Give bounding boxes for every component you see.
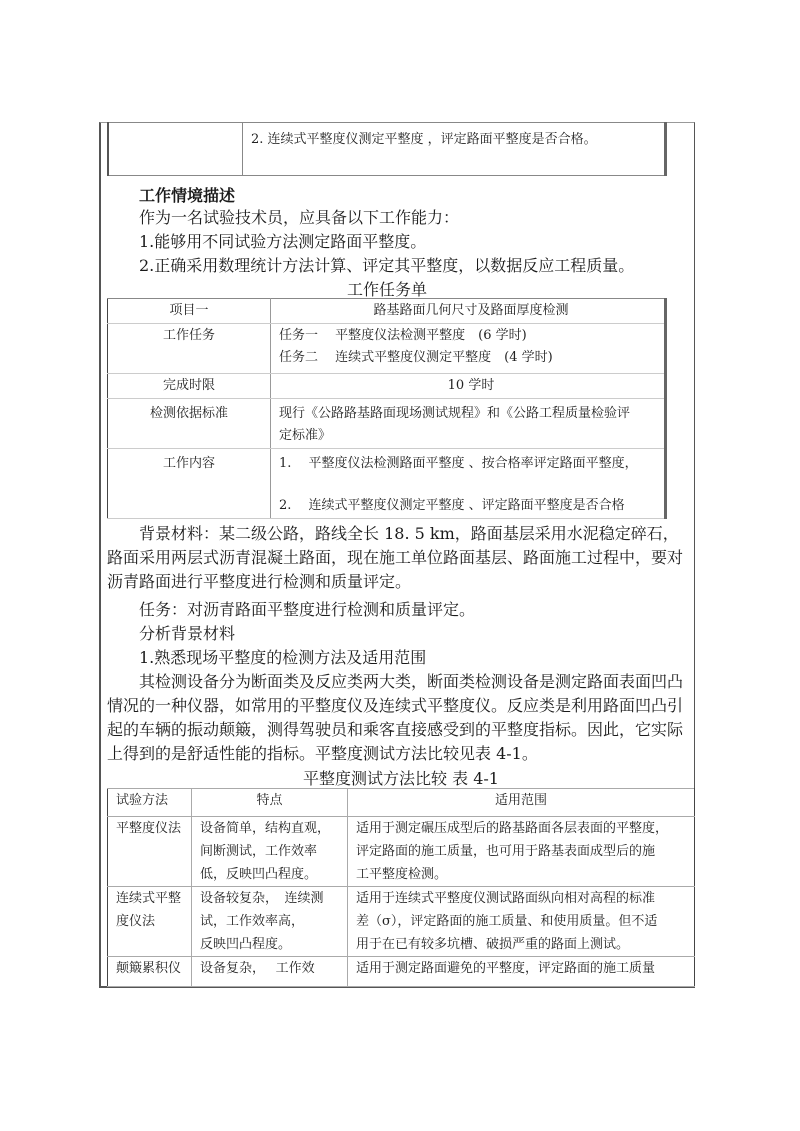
cell-line: 适用于测定碾压成型后的路基路面各层表面的平整度， xyxy=(356,817,686,840)
cell-line: 工平整度检测。 xyxy=(356,863,686,886)
method-cell: 平整度仪法 xyxy=(108,817,192,887)
ability-item-1: 1.能够用不同试验方法测定路面平整度。 xyxy=(139,230,426,254)
cell-line: 连续式平整 xyxy=(116,887,183,910)
scope-cell: 适用于测定碾压成型后的路基路面各层表面的平整度， 评定路面的施工质量，也可用于路… xyxy=(348,817,695,887)
cell-line: 反映凹凸程度。 xyxy=(200,933,339,956)
empty-cell xyxy=(108,123,243,176)
value-line: 定标准》 xyxy=(279,425,663,447)
cell-line: 设备简单，结构直观， xyxy=(200,817,339,840)
cell-line: 度仪法 xyxy=(116,910,183,933)
method-paragraph: 其检测设备分为断面类及反应类两大类，断面类检测设备是测定路面表面凹凸情况的一种仪… xyxy=(107,670,687,766)
cell-line: 间断测试，工作效率 xyxy=(200,840,339,863)
table-row: 平整度仪法 设备简单，结构直观， 间断测试，工作效率 低，反映凹凸程度。 适用于… xyxy=(108,817,695,887)
cell-line: 平整度仪法 xyxy=(116,817,183,840)
features-cell: 设备较复杂， 连续测 试，工作效率高， 反映凹凸程度。 xyxy=(192,887,348,957)
value-line: 1. 平整度仪法检测路面平整度 、按合格率评定路面平整度， xyxy=(279,453,663,475)
task-sheet-table: 项目一 路基路面几何尺寸及路面厚度检测 工作任务 任务一 平整度仪法检测平整度 … xyxy=(107,298,667,519)
ability-item-2: 2.正确采用数理统计方法计算、评定其平整度，以数据反应工程质量。 xyxy=(139,254,634,278)
scope-cell: 适用于连续式平整度仪测试路面纵向相对高程的标准 差（σ），评定路面的施工质量、和… xyxy=(348,887,695,957)
background-paragraph: 背景材料：某二级公路，路线全长 18. 5 km，路面基层采用水泥稳定碎石，路面… xyxy=(107,522,687,594)
cell-line: 设备较复杂， 连续测 xyxy=(200,887,339,910)
value-line-blank xyxy=(279,475,663,495)
cell-line: 用于在已有较多坑槽、破损严重的路面上测试。 xyxy=(356,933,686,956)
cell-line: 差（σ），评定路面的施工质量、和使用质量。但不适 xyxy=(356,910,686,933)
value-line: 10 学时 xyxy=(279,375,663,397)
header-features: 特点 xyxy=(192,789,348,817)
row-key: 检测依据标准 xyxy=(108,399,271,449)
value-line: 任务二 连续式平整度仪测定平整度 (4 学时) xyxy=(279,347,663,369)
table-row: 完成时限 10 学时 xyxy=(108,374,666,399)
method-cell: 连续式平整 度仪法 xyxy=(108,887,192,957)
cell-line: 低，反映凹凸程度。 xyxy=(200,863,339,886)
row-key: 项目一 xyxy=(108,299,271,324)
task-statement: 任务：对沥青路面平整度进行检测和质量评定。 xyxy=(139,598,475,622)
cell-line: 试，工作效率高， xyxy=(200,910,339,933)
row-key: 工作任务 xyxy=(108,324,271,374)
table-row: 连续式平整 度仪法 设备较复杂， 连续测 试，工作效率高， 反映凹凸程度。 适用… xyxy=(108,887,695,957)
row-value: 1. 平整度仪法检测路面平整度 、按合格率评定路面平整度， 2. 连续式平整度仪… xyxy=(271,449,666,519)
cell-line: 设备复杂， 工作效 xyxy=(200,957,339,980)
row-value: 现行《公路路基路面现场测试规程》和《公路工程质量检验评 定标准》 xyxy=(271,399,666,449)
cell-line: 适用于测定路面避免的平整度，评定路面的施工质量 xyxy=(356,957,686,980)
continued-table: 2. 连续式平整度仪测定平整度 ，评定路面平整度是否合格。 xyxy=(107,122,667,176)
row-value: 路基路面几何尺寸及路面厚度检测 xyxy=(271,299,666,324)
value-line: 现行《公路路基路面现场测试规程》和《公路工程质量检验评 xyxy=(279,403,663,425)
cell-line: 评定路面的施工质量，也可用于路基表面成型后的施 xyxy=(356,840,686,863)
table-row: 颠簸累积仪 设备复杂， 工作效 适用于测定路面避免的平整度，评定路面的施工质量 xyxy=(108,957,695,987)
table-row: 2. 连续式平整度仪测定平整度 ，评定路面平整度是否合格。 xyxy=(108,123,666,176)
features-cell: 设备简单，结构直观， 间断测试，工作效率 低，反映凹凸程度。 xyxy=(192,817,348,887)
row-key: 完成时限 xyxy=(108,374,271,399)
cell-line: 颠簸累积仪 xyxy=(116,957,183,980)
table-row: 检测依据标准 现行《公路路基路面现场测试规程》和《公路工程质量检验评 定标准》 xyxy=(108,399,666,449)
value-line: 2. 连续式平整度仪测定平整度 、评定路面平整度是否合格 xyxy=(279,495,663,517)
table-row: 项目一 路基路面几何尺寸及路面厚度检测 xyxy=(108,299,666,324)
row-key: 工作内容 xyxy=(108,449,271,519)
table-row: 工作任务 任务一 平整度仪法检测平整度 (6 学时) 任务二 连续式平整度仪测定… xyxy=(108,324,666,374)
method-cell: 颠簸累积仪 xyxy=(108,957,192,987)
cell-line: 适用于连续式平整度仪测试路面纵向相对高程的标准 xyxy=(356,887,686,910)
comparison-table: 试验方法 特点 适用范围 平整度仪法 设备简单，结构直观， 间断测试，工作效率 … xyxy=(107,788,695,987)
features-cell: 设备复杂， 工作效 xyxy=(192,957,348,987)
sub-heading: 1.熟悉现场平整度的检测方法及适用范围 xyxy=(139,646,426,670)
row-value: 任务一 平整度仪法检测平整度 (6 学时) 任务二 连续式平整度仪测定平整度 (… xyxy=(271,324,666,374)
value-line: 路基路面几何尺寸及路面厚度检测 xyxy=(279,300,663,322)
section-heading: 工作情境描述 xyxy=(139,183,235,206)
table-header-row: 试验方法 特点 适用范围 xyxy=(108,789,695,817)
task-sheet-title: 工作任务单 xyxy=(107,277,667,300)
comparison-table-title: 平整度测试方法比较 表 4-1 xyxy=(107,766,695,789)
header-method: 试验方法 xyxy=(108,789,192,817)
scope-cell: 适用于测定路面避免的平整度，评定路面的施工质量 xyxy=(348,957,695,987)
analysis-heading: 分析背景材料 xyxy=(139,622,235,646)
row-value: 10 学时 xyxy=(271,374,666,399)
header-scope: 适用范围 xyxy=(348,789,695,817)
content-cell: 2. 连续式平整度仪测定平整度 ，评定路面平整度是否合格。 xyxy=(243,123,666,176)
intro-text: 作为一名试验技术员，应具备以下工作能力： xyxy=(139,206,459,230)
value-line: 任务一 平整度仪法检测平整度 (6 学时) xyxy=(279,325,663,347)
table-row: 工作内容 1. 平整度仪法检测路面平整度 、按合格率评定路面平整度， 2. 连续… xyxy=(108,449,666,519)
